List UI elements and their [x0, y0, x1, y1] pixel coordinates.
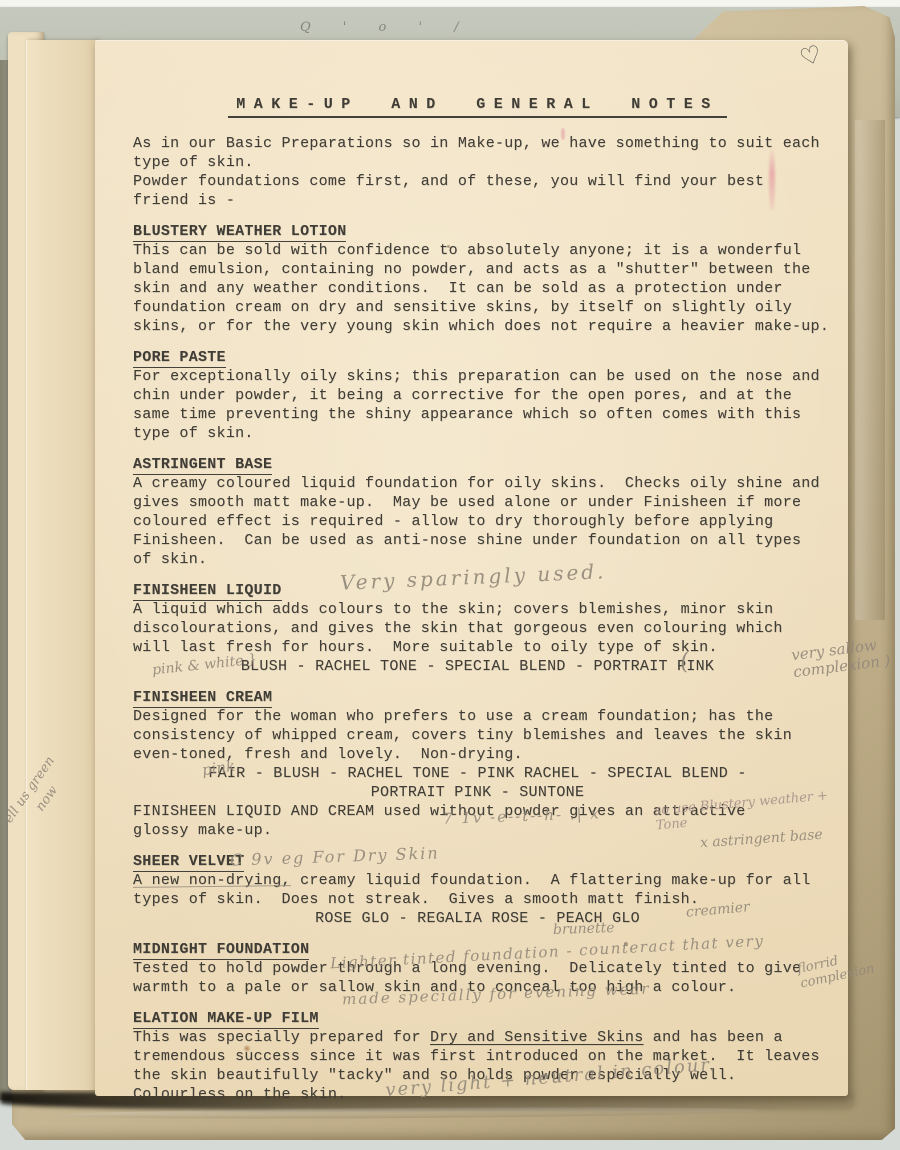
typed-line: types of skin. Does not streak. Gives a …: [133, 890, 822, 909]
typed-line: friend is -: [133, 191, 822, 210]
section-body-line: This was specially prepared for Dry and …: [133, 1028, 822, 1047]
section-body: A creamy coloured liquid foundation for …: [133, 474, 822, 569]
typed-line: warmth to a pale or sallow skin and to c…: [133, 978, 822, 997]
shade-list: ROSE GLO - REGALIA ROSE - PEACH GLO: [133, 909, 822, 928]
typed-line: Tested to hold powder through a long eve…: [133, 959, 822, 978]
section-heading: MIDNIGHT FOUNDATION: [133, 940, 309, 960]
typed-line: even-toned, fresh and lovely. Non-drying…: [133, 745, 822, 764]
page-title-text: MAKE-UP AND GENERAL NOTES: [228, 96, 727, 118]
typed-line: Designed for the woman who prefers to us…: [133, 707, 822, 726]
section-elation-make-up-film: ELATION MAKE-UP FILM This was specially …: [133, 1009, 822, 1104]
typed-line: skin and any weather conditions. It can …: [133, 279, 822, 298]
section-body: This can be sold with confidence to abso…: [133, 241, 822, 336]
typed-line: bland emulsion, containing no powder, an…: [133, 260, 822, 279]
typed-line: FAIR - BLUSH - RACHEL TONE - PINK RACHEL…: [133, 764, 822, 783]
section-heading: SHEER VELVET: [133, 852, 244, 872]
typed-line: consistency of whipped cream, covers tin…: [133, 726, 822, 745]
typed-line: Finisheen. Can be used as anti-nose shin…: [133, 531, 822, 550]
shade-list: FAIR - BLUSH - RACHEL TONE - PINK RACHEL…: [133, 764, 822, 802]
typed-line: of skin.: [133, 550, 822, 569]
section-body: Tested to hold powder through a long eve…: [133, 959, 822, 997]
section-body: A new non-drying, creamy liquid foundati…: [133, 871, 822, 909]
typed-line: ROSE GLO - REGALIA ROSE - PEACH GLO: [133, 909, 822, 928]
section-heading: ELATION MAKE-UP FILM: [133, 1009, 319, 1029]
typed-line: A liquid which adds colours to the skin;…: [133, 600, 822, 619]
typed-line: gives smooth matt make-up. May be used a…: [133, 493, 822, 512]
section-midnight-foundation: MIDNIGHT FOUNDATION Tested to hold powde…: [133, 940, 822, 997]
pink-ink-smudge: [561, 128, 565, 140]
typed-line: will last fresh for hours. More suitable…: [133, 638, 822, 657]
typed-line: PORTRAIT PINK - SUNTONE: [133, 783, 822, 802]
section-body: A liquid which adds colours to the skin;…: [133, 600, 822, 657]
section-finisheen-liquid: FINISHEEN LIQUID A liquid which adds col…: [133, 581, 822, 676]
typed-line: BLUSH - RACHEL TONE - SPECIAL BLEND - PO…: [133, 657, 822, 676]
section-body: For exceptionally oily skins; this prepa…: [133, 367, 822, 443]
typed-line: chin under powder, it being a corrective…: [133, 386, 822, 405]
typed-line: same time preventing the shiny appearanc…: [133, 405, 822, 424]
typed-line: FINISHEEN LIQUID AND CREAM used without …: [133, 802, 822, 821]
section-blustery-weather-lotion: BLUSTERY WEATHER LOTION This can be sold…: [133, 222, 822, 336]
section-heading: ASTRINGENT BASE: [133, 455, 272, 475]
typed-line: A new non-drying, creamy liquid foundati…: [133, 871, 822, 890]
section-pore-paste: PORE PASTE For exceptionally oily skins;…: [133, 348, 822, 443]
typed-text-block: MAKE-UP AND GENERAL NOTES As in our Basi…: [95, 40, 848, 1104]
typed-line: discolourations, and gives the skin that…: [133, 619, 822, 638]
section-astringent-base: ASTRINGENT BASE A creamy coloured liquid…: [133, 455, 822, 569]
typed-line: glossy make-up.: [133, 821, 822, 840]
typed-line: As in our Basic Preparations so in Make-…: [133, 134, 822, 153]
typed-line: A creamy coloured liquid foundation for …: [133, 474, 822, 493]
section-sheer-velvet: SHEER VELVET A new non-drying, creamy li…: [133, 852, 822, 928]
section-body: tremendous success since it was first in…: [133, 1047, 822, 1104]
underlined-phrase: Dry and Sensitive Skins: [430, 1029, 643, 1046]
typed-line: For exceptionally oily skins; this prepa…: [133, 367, 822, 386]
section-heading: FINISHEEN LIQUID: [133, 581, 282, 601]
section-finisheen-cream: FINISHEEN CREAM Designed for the woman w…: [133, 688, 822, 840]
typed-line: tremendous success since it was first in…: [133, 1047, 822, 1066]
typed-line: skins, or for the very young skin which …: [133, 317, 822, 336]
typed-line: Powder foundations come first, and of th…: [133, 172, 822, 191]
typed-line: type of skin.: [133, 424, 822, 443]
typed-line: type of skin.: [133, 153, 822, 172]
page-title: MAKE-UP AND GENERAL NOTES: [133, 96, 822, 118]
typed-line: the skin beautifully "tacky" and so hold…: [133, 1066, 822, 1085]
typed-line: This can be sold with confidence to abso…: [133, 241, 822, 260]
typed-line: coloured effect is required - allow to d…: [133, 512, 822, 531]
cover-wrinkle: [855, 120, 885, 620]
shade-list: BLUSH - RACHEL TONE - SPECIAL BLEND - PO…: [133, 657, 822, 676]
section-heading: BLUSTERY WEATHER LOTION: [133, 222, 346, 242]
typed-document-page: MAKE-UP AND GENERAL NOTES As in our Basi…: [95, 40, 848, 1096]
section-note: FINISHEEN LIQUID AND CREAM used without …: [133, 802, 822, 840]
typed-line: Colourless on the skin.: [133, 1085, 822, 1104]
section-heading: PORE PASTE: [133, 348, 226, 368]
intro-paragraph: As in our Basic Preparations so in Make-…: [133, 134, 822, 210]
under-page-edge: [26, 40, 98, 1090]
section-body: Designed for the woman who prefers to us…: [133, 707, 822, 764]
typed-line: foundation cream on dry and sensitive sk…: [133, 298, 822, 317]
section-heading: FINISHEEN CREAM: [133, 688, 272, 708]
pink-ink-smudge: [769, 148, 775, 210]
